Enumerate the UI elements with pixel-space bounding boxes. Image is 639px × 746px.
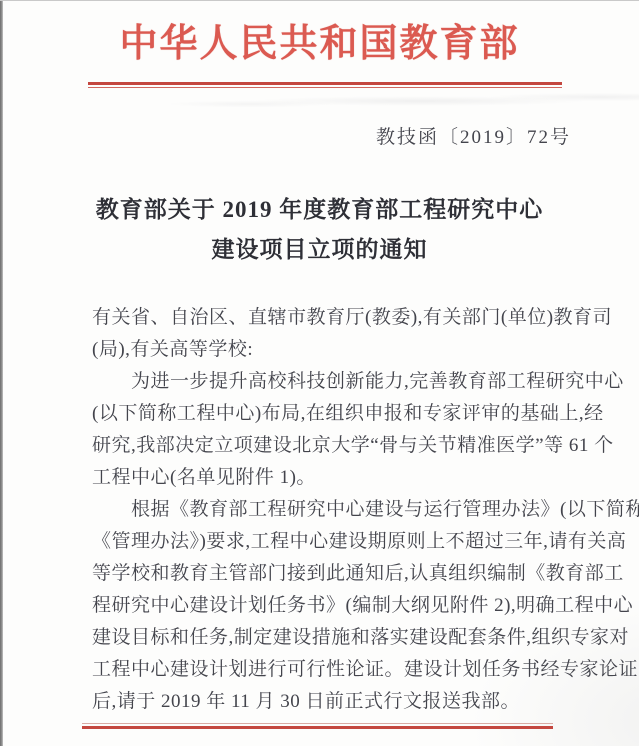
scan-edge-artifact [0, 1, 3, 746]
body-line: 研究,我部决定立项建设北京大学“骨与关节精准医学”等 61 个 [92, 430, 558, 462]
body-line: 有关省、自治区、直辖市教育厅(教委),有关部门(单位)教育司 [92, 302, 558, 334]
header-red-rule [88, 82, 562, 88]
document-title: 教育部关于 2019 年度教育部工程研究中心 建设项目立项的通知 [0, 190, 639, 270]
document-title-line1: 教育部关于 2019 年度教育部工程研究中心 [0, 190, 639, 230]
header-red-rule-thin [88, 87, 562, 88]
body-line: 根据《教育部工程研究中心建设与运行管理办法》(以下简称 [92, 494, 558, 526]
footer-red-rule-thin [82, 723, 553, 724]
body-line: (以下简称工程中心)布局,在组织申报和专家评审的基础上,经 [92, 398, 558, 430]
body-line: 程研究中心建设计划任务书》(编制大纲见附件 2),明确工程中心 [92, 590, 558, 622]
body-text: 有关省、自治区、直辖市教育厅(教委),有关部门(单位)教育司 (局),有关高等学… [92, 302, 558, 718]
body-line: 为进一步提升高校科技创新能力,完善教育部工程研究中心 [92, 366, 558, 398]
body-line: 工程中心(名单见附件 1)。 [92, 462, 558, 494]
body-line: (局),有关高等学校: [92, 334, 558, 366]
body-line: 工程中心建设计划进行可行性论证。建设计划任务书经专家论证 [92, 654, 558, 686]
agency-header: 中华人民共和国教育部 [0, 15, 639, 73]
document-number: 教技函〔2019〕72号 [376, 125, 571, 151]
body-line: 建设目标和任务,制定建设措施和落实建设配套条件,组织专家对 [92, 622, 558, 654]
body-line: 《管理办法》)要求,工程中心建设期原则上不超过三年,请有关高 [92, 526, 558, 558]
footer-red-rule-thick [82, 726, 553, 729]
body-line: 等学校和教育主管部门接到此通知后,认真组织编制《教育部工 [92, 558, 558, 590]
footer-red-rule [82, 723, 553, 729]
body-line: 后,请于 2019 年 11 月 30 日前正式行文报送我部。 [92, 686, 558, 718]
header-red-rule-thick [88, 82, 562, 85]
document-title-line2: 建设项目立项的通知 [0, 230, 639, 270]
scanned-document-page: 中华人民共和国教育部 教技函〔2019〕72号 教育部关于 2019 年度教育部… [0, 0, 639, 746]
